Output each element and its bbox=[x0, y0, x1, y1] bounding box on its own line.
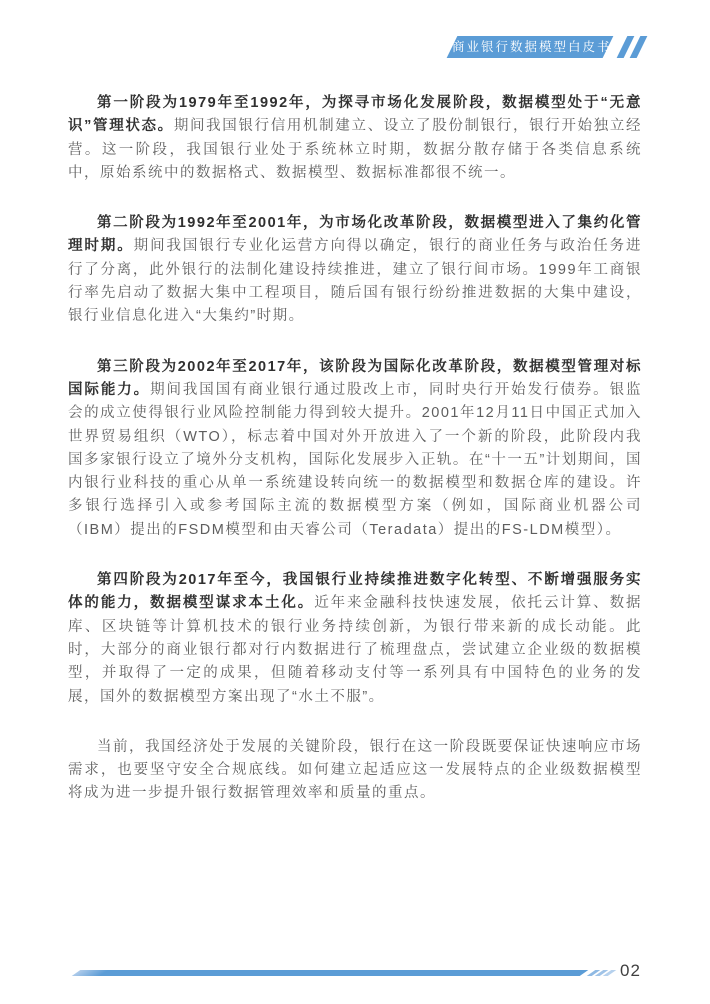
paragraph-stage-4: 第四阶段为2017年至今，我国银行业持续推进数字化转型、不断增强服务实体的能力，… bbox=[68, 569, 642, 709]
paragraph-summary: 当前，我国经济处于发展的关键阶段，银行在这一阶段既要保证快速响应市场需求，也要坚… bbox=[68, 736, 642, 806]
footer-rule bbox=[72, 970, 589, 976]
paragraph-stage-2: 第二阶段为1992年至2001年，为市场化改革阶段，数据模型进入了集约化管理时期… bbox=[68, 212, 642, 328]
paragraph-text: 近年来金融科技快速发展，依托云计算、数据库、区块链等计算机技术的银行业务持续创新… bbox=[68, 595, 642, 704]
header-badge: 商业银行数据模型白皮书 bbox=[452, 36, 608, 58]
header-badge-label: 商业银行数据模型白皮书 bbox=[452, 36, 608, 58]
paragraph-stage-3: 第三阶段为2002年至2017年，该阶段为国际化改革阶段，数据模型管理对标国际能… bbox=[68, 356, 642, 542]
document-body: 第一阶段为1979年至1992年，为探寻市场化发展阶段，数据模型处于“无意识”管… bbox=[68, 92, 642, 833]
paragraph-text: 期间我国银行专业化运营方向得以确定，银行的商业任务与政治任务进行了分离，此外银行… bbox=[68, 238, 642, 324]
page-number: 02 bbox=[620, 961, 641, 981]
paragraph-text: 当前，我国经济处于发展的关键阶段，银行在这一阶段既要保证快速响应市场需求，也要坚… bbox=[68, 739, 642, 802]
whitepaper-page: 商业银行数据模型白皮书 第一阶段为1979年至1992年，为探寻市场化发展阶段，… bbox=[0, 0, 710, 1004]
paragraph-stage-1: 第一阶段为1979年至1992年，为探寻市场化发展阶段，数据模型处于“无意识”管… bbox=[68, 92, 642, 185]
paragraph-text: 期间我国国有商业银行通过股改上市，同时央行开始发行债券。银监会的成立使得银行业风… bbox=[68, 382, 642, 538]
